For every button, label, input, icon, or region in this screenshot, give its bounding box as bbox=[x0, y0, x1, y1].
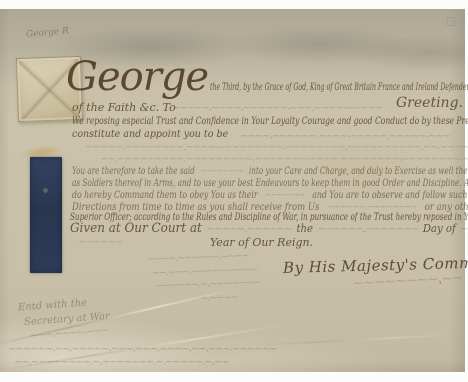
heading-rest: the Third, by the Grace of God, King of … bbox=[210, 82, 468, 93]
given-day-illegible: ~~~~~~ ~~~~~~~ bbox=[318, 222, 419, 235]
care-text-b: into your Care and Charge, and duly to E… bbox=[249, 166, 468, 177]
given-text-the: the bbox=[296, 222, 313, 235]
line-soldiers: as Soldiers thereof in Arms, and to use … bbox=[72, 178, 468, 189]
royal-sign-manual: George R bbox=[26, 26, 70, 40]
heading-initial-word: George bbox=[66, 54, 208, 100]
bottom-note-illegible: ~~~~~~ ~~ ~~~~~ ~~~ ~~~ ~~~~ ~~ ~~~ ~~~~… bbox=[8, 344, 276, 355]
obey-text-b: and You are to observe and follow such O… bbox=[312, 190, 468, 201]
entry-note-line: Entd with the bbox=[18, 298, 88, 314]
parchment-sheet: George R Georgethe Third, by the Grace o… bbox=[0, 9, 465, 372]
care-fill-illegible: ~~~~~~~~ bbox=[201, 166, 244, 177]
docket-line-illegible: ~ ~~~~ bbox=[200, 290, 260, 306]
greeting-word: Greeting. bbox=[396, 95, 463, 111]
ribbon-pin bbox=[43, 188, 48, 193]
given-text-dayof: Day of bbox=[423, 222, 456, 235]
line-appoint: constitute and appoint you to be bbox=[72, 129, 228, 140]
faith-line-left: of the Faith &c. To bbox=[72, 101, 176, 114]
line-trust: We reposing especial Trust and Confidenc… bbox=[72, 116, 468, 127]
crease-line bbox=[250, 334, 460, 347]
regiment-details-illegible: ~~~~~ ~~~~~~~~ ~~~~ ~~~~~~~~~ ~~~~~~~~ ~… bbox=[85, 142, 468, 153]
line-care: You are therefore to take the said ~~~~~… bbox=[72, 166, 468, 177]
line-obey: do hereby Command them to obey You as th… bbox=[72, 190, 468, 201]
entry-note-illegible: ~~~ ~~~~ ~~~ bbox=[30, 325, 109, 341]
given-text-a: Given at Our Court at bbox=[70, 221, 202, 236]
reign-ordinal-illegible: ~~~~~~ bbox=[78, 237, 122, 248]
appointment-rank-illegible: ~~~~ ~~~~~~ ~~~~ ~~~~~ ~~~~~ ~~~ bbox=[240, 131, 450, 142]
bottom-note-illegible: ~~ ~~~~~~~~ ~ ~~~~~~~ ~ ~~~~~ ~ ~~ bbox=[14, 357, 228, 368]
given-month-illegible: ~~~~~~~~~ bbox=[460, 222, 468, 235]
line-given: Given at Our Court at ~~~~~ ~~~~~~ the ~… bbox=[70, 221, 468, 236]
care-text-a: You are therefore to take the said bbox=[72, 166, 195, 177]
given-place-illegible: ~~~~~ ~~~~~~ bbox=[206, 222, 291, 235]
docket-block: ~~~~ ~~~~~~ ~~~~ ~~ ~~~ ~~~~ ~ ~~~~ ~~~~… bbox=[147, 249, 260, 307]
blue-ribbon bbox=[30, 157, 62, 273]
regiment-details-illegible: ~~ ~~~~~~~~~ ~~~~~~~~~ ~~~~~~~ ~~~~ ~~~~… bbox=[100, 154, 468, 165]
photo-frame: George R Georgethe Third, by the Grace o… bbox=[0, 0, 468, 382]
obey-fill-illegible: ~~~~~~~ bbox=[265, 190, 305, 201]
heading-line: Georgethe Third, by the Grace of God, Ki… bbox=[66, 57, 468, 97]
line-reign: Year of Our Reign. bbox=[210, 236, 313, 249]
obey-text-a: do hereby Command them to obey You as th… bbox=[72, 190, 258, 201]
recipient-name-illegible: ~~~~~ ~~~~ ~~~~~~ ~~~ ~~~~~ ~~~~ bbox=[172, 103, 382, 114]
corner-pencil-mark bbox=[447, 17, 455, 26]
